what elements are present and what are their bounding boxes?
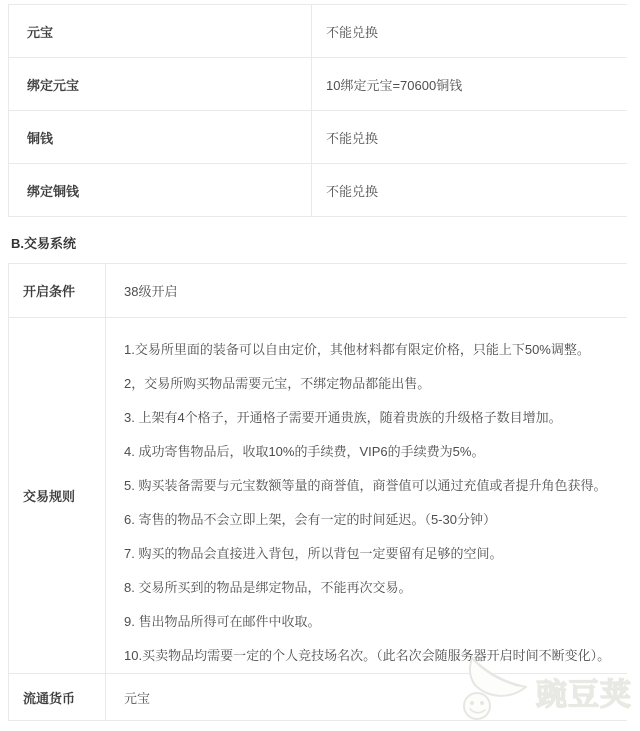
trade-rule-item: 9. 售出物品所得可在邮件中收取。 [124, 613, 621, 631]
trade-rule-item: 3. 上架有4个格子，开通格子需要开通贵族，随着贵族的升级格子数目增加。 [124, 409, 621, 427]
table-row: 绑定元宝 10绑定元宝=70600铜钱 [9, 58, 627, 111]
circulating-currency-value: 元宝 [106, 674, 627, 720]
open-condition-value: 38级开启 [106, 264, 627, 317]
trade-rule-item: 2，交易所购买物品需要元宝，不绑定物品都能出售。 [124, 375, 621, 393]
currency-table: 元宝 不能兑换 绑定元宝 10绑定元宝=70600铜钱 铜钱 不能兑换 绑定铜钱… [8, 4, 627, 217]
table-row: 元宝 不能兑换 [9, 5, 627, 58]
page: 元宝 不能兑换 绑定元宝 10绑定元宝=70600铜钱 铜钱 不能兑换 绑定铜钱… [0, 0, 640, 731]
trade-rules-label: 交易规则 [9, 318, 106, 673]
section-heading: B.交易系统 [11, 233, 76, 252]
currency-row-value: 不能兑换 [312, 5, 627, 57]
open-condition-label: 开启条件 [9, 264, 106, 317]
trade-rule-item: 6. 寄售的物品不会立即上架，会有一定的时间延迟。（5-30分钟） [124, 511, 621, 529]
table-row: 绑定铜钱 不能兑换 [9, 164, 627, 217]
currency-row-label: 铜钱 [9, 111, 312, 163]
trade-rule-item: 8. 交易所买到的物品是绑定物品，不能再次交易。 [124, 579, 621, 597]
table-row: 交易规则 1.交易所里面的装备可以自由定价，其他材料都有限定价格，只能上下50%… [9, 318, 627, 674]
trade-rules-list: 1.交易所里面的装备可以自由定价，其他材料都有限定价格，只能上下50%调整。 2… [106, 318, 627, 673]
table-row: 开启条件 38级开启 [9, 264, 627, 318]
table-row: 流通货币 元宝 [9, 674, 627, 721]
currency-row-value: 不能兑换 [312, 164, 627, 216]
trade-rule-item: 5. 购买装备需要与元宝数额等量的商誉值，商誉值可以通过充值或者提升角色获得。 [124, 477, 621, 495]
trade-rule-item: 4. 成功寄售物品后，收取10%的手续费，VIP6的手续费为5%。 [124, 443, 621, 461]
currency-row-value: 10绑定元宝=70600铜钱 [312, 58, 627, 110]
trade-rule-item: 1.交易所里面的装备可以自由定价，其他材料都有限定价格，只能上下50%调整。 [124, 341, 621, 359]
circulating-currency-label: 流通货币 [9, 674, 106, 720]
currency-row-label: 绑定铜钱 [9, 164, 312, 216]
trade-rule-item: 10.买卖物品均需要一定的个人竞技场名次。（此名次会随服务器开启时间不断变化）。 [124, 647, 621, 665]
currency-row-label: 元宝 [9, 5, 312, 57]
currency-row-label: 绑定元宝 [9, 58, 312, 110]
table-row: 铜钱 不能兑换 [9, 111, 627, 164]
trade-rule-item: 7. 购买的物品会直接进入背包，所以背包一定要留有足够的空间。 [124, 545, 621, 563]
currency-row-value: 不能兑换 [312, 111, 627, 163]
trade-table: 开启条件 38级开启 交易规则 1.交易所里面的装备可以自由定价，其他材料都有限… [8, 263, 627, 721]
